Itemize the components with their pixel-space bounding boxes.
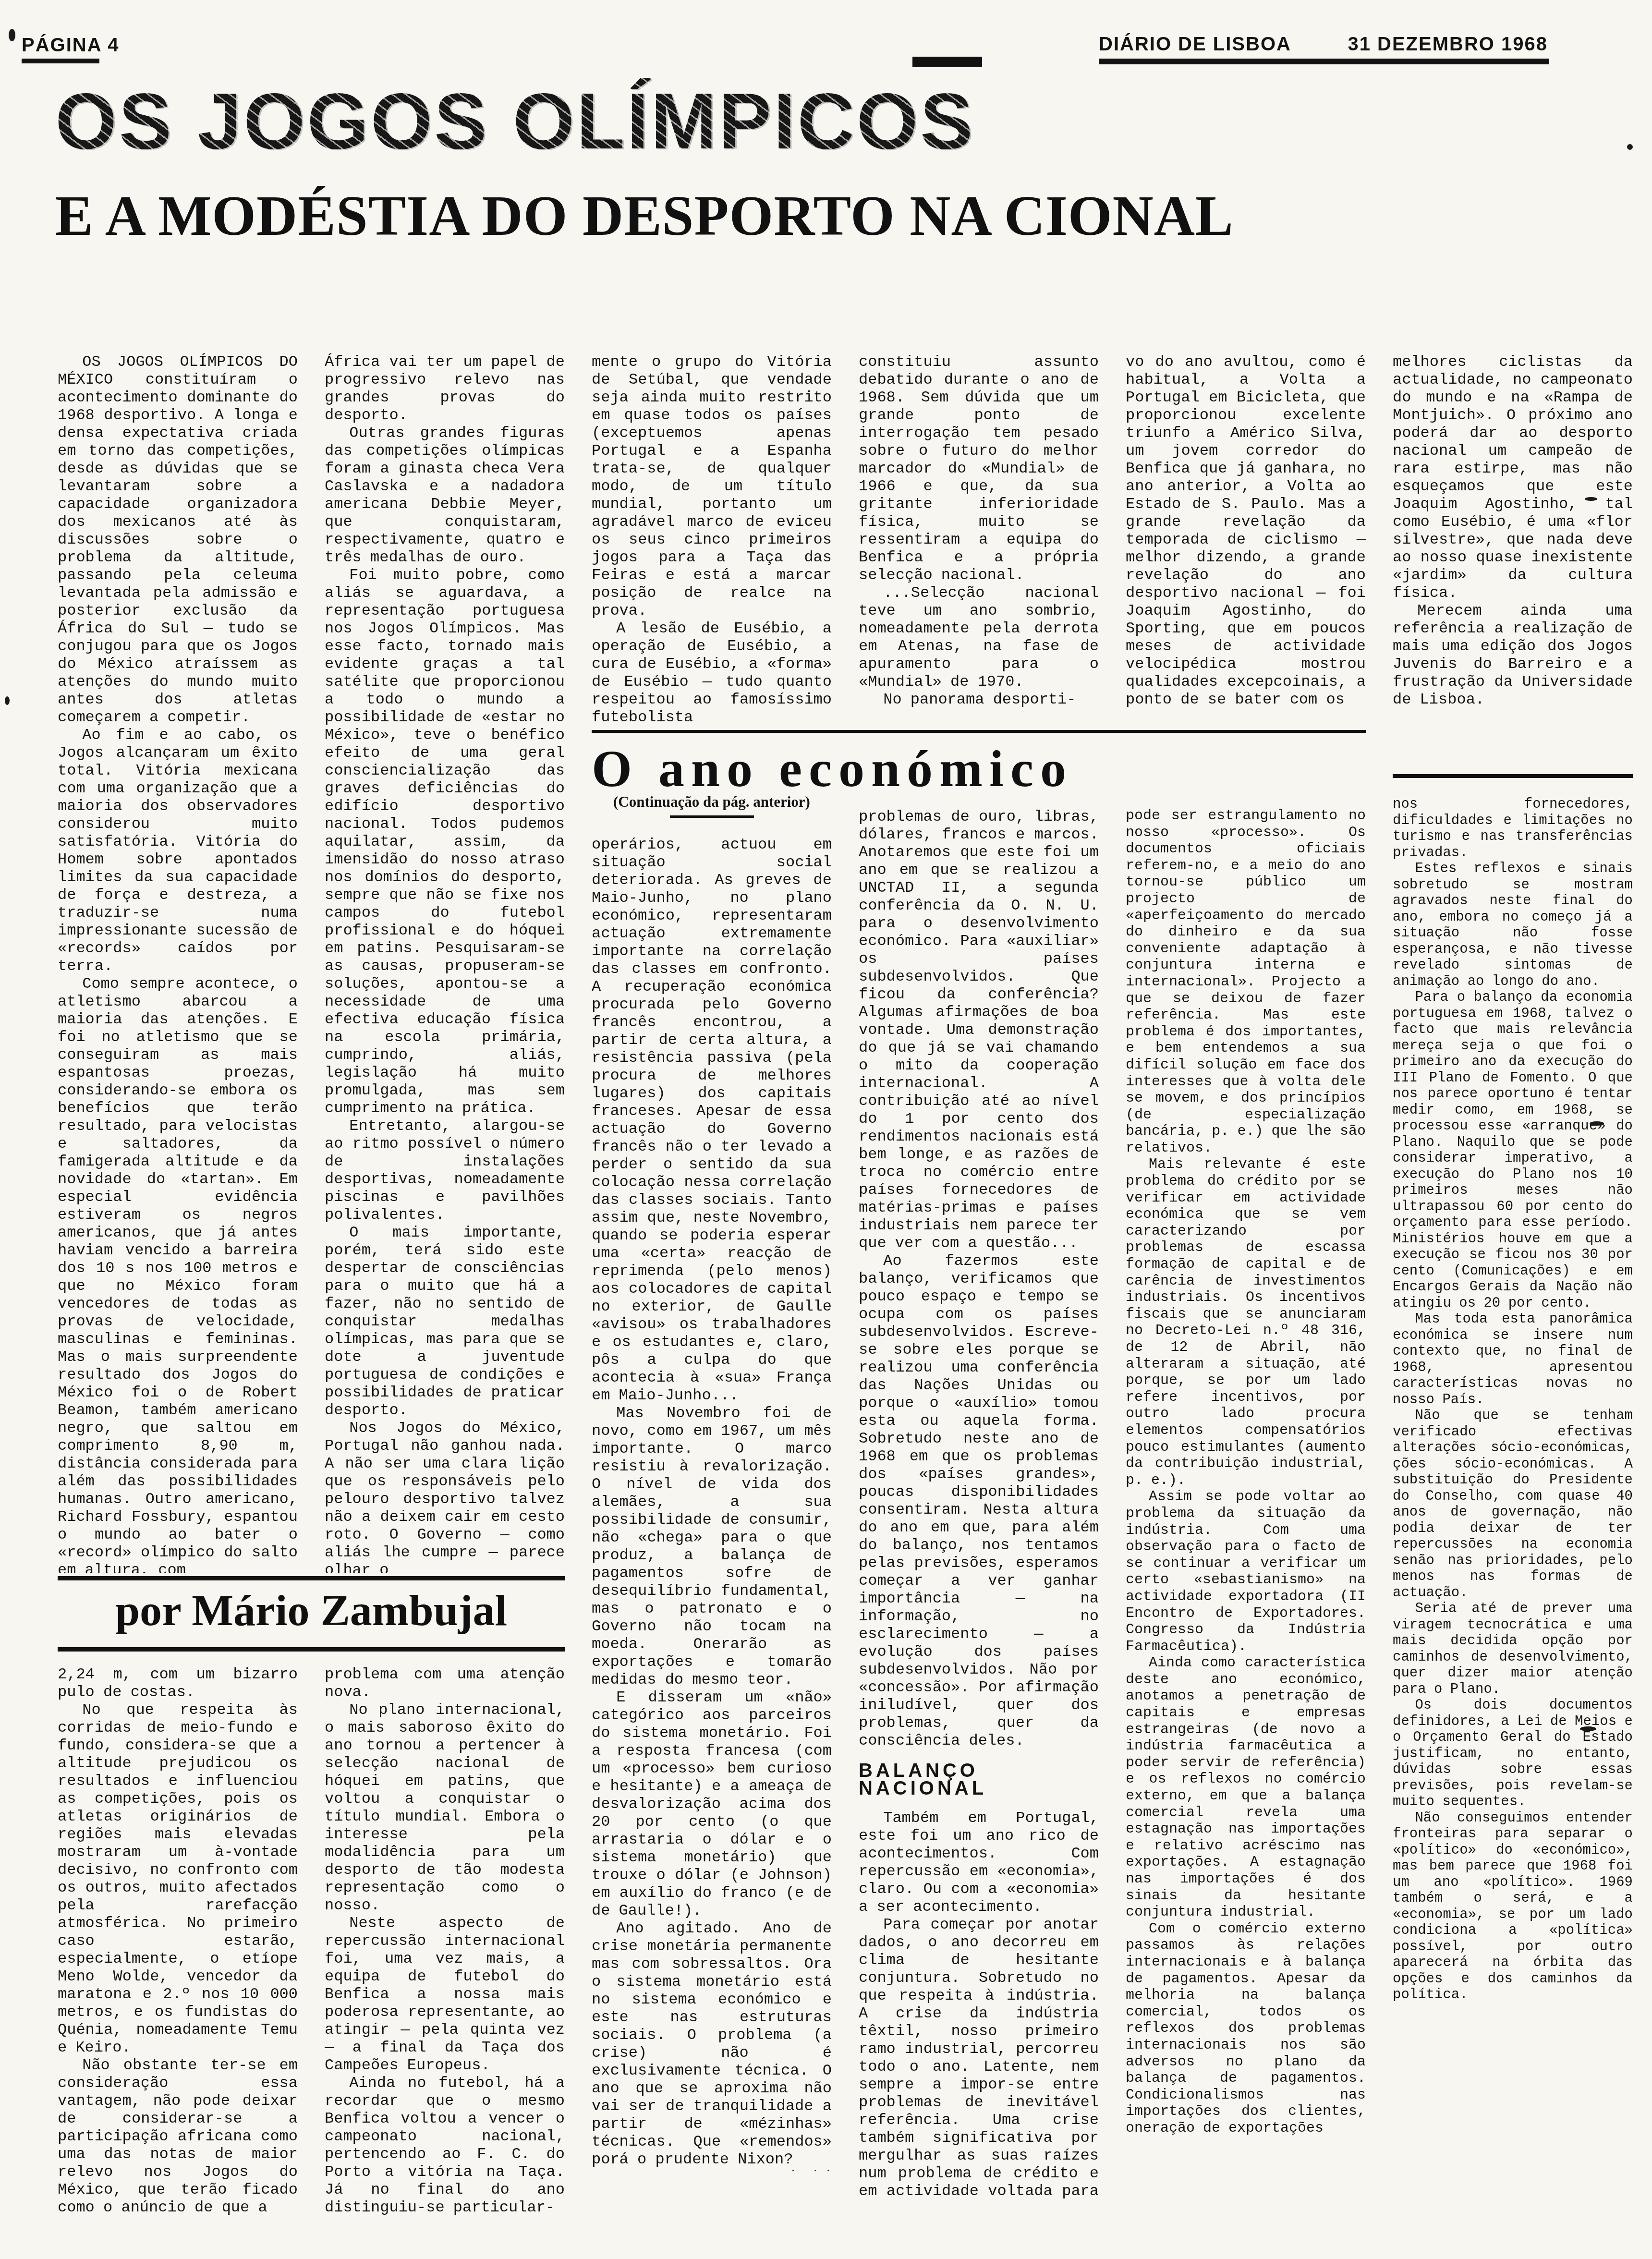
economy-column-4-part1: problemas de ouro, libras, dólares, fran… (859, 808, 1099, 1749)
article-column-1-bottom: 2,24 m, com um bizarro pulo de costas.No… (58, 1665, 298, 2237)
article-column-6-top: melhores ciclistas da actualidade, no ca… (1393, 353, 1633, 772)
paragraph: Outras grandes figuras das competições o… (325, 424, 565, 566)
article-column-2-bottom: problema com uma atenção nova.No plano i… (325, 1665, 565, 2237)
paragraph: melhores ciclistas da actualidade, no ca… (1393, 353, 1633, 602)
scan-speck (9, 29, 15, 41)
paragraph: Para começar por anotar dados, o ano dec… (859, 1916, 1099, 2200)
ink-smudge (912, 57, 982, 67)
page-label-underline (22, 59, 99, 63)
paragraph: Mas toda esta panorâmica económica se in… (1393, 1311, 1633, 1408)
continuation-note-underline (670, 815, 754, 818)
continuation-note-text: (Continuação da pág. anterior) (613, 793, 810, 810)
masthead-title: DIÁRIO DE LISBOA (1099, 34, 1291, 55)
article-column-1-top: OS JOGOS OLÍMPICOS DO MÉXICO constituíra… (58, 353, 298, 1573)
paragraph: Ano agitado. Ano de crise monetária perm… (592, 1919, 832, 2168)
byline: por Mário Zambujal (58, 1585, 565, 1636)
headline-main: OS JOGOS OLÍMPICOS (55, 76, 975, 167)
scan-speck (5, 696, 10, 705)
newspaper-page: PÁGINA 4 DIÁRIO DE LISBOA 31 DEZEMBRO 19… (0, 0, 1652, 2259)
paragraph: Mas Novembro foi de novo, como em 1967, … (592, 1404, 832, 1688)
paragraph: África vai ter um papel de progressivo r… (325, 353, 565, 424)
paragraph: Ao fazermos este balanço, verificamos qu… (859, 1252, 1099, 1749)
masthead-date: 31 DEZEMBRO 1968 (1348, 34, 1548, 55)
paragraph: 2,24 m, com um bizarro pulo de costas. (58, 1665, 298, 1701)
economy-column-4: problemas de ouro, libras, dólares, fran… (859, 808, 1099, 2200)
paragraph: No que respeita às corridas de meio-fund… (58, 1701, 298, 2056)
economy-column-4-part2: Também em Portugal, este foi um ano rico… (859, 1809, 1099, 2200)
paragraph: Foi muito pobre, como aliás se aguardava… (325, 566, 565, 1117)
continuation-note: (Continuação da pág. anterior) (592, 793, 832, 818)
paragraph: vo do ano avultou, como é habitual, a Vo… (1126, 353, 1366, 708)
paragraph: Os dois documentos definidores, a Lei de… (1393, 1697, 1633, 1810)
paragraph: Neste aspecto de repercussão internacion… (325, 1914, 565, 2074)
balanco-nacional-subhead: BALANÇO NACIONAL (859, 1762, 1099, 1797)
masthead-underline (1099, 59, 1549, 64)
paragraph: Não obstante ter-se em consideração essa… (58, 2056, 298, 2216)
paragraph: Mas parece que só há «países grandes». C… (592, 2168, 832, 2171)
economy-column-3: operários, actuou em situação social det… (592, 836, 832, 2171)
paragraph: Seria até de prever uma viragem tecnocrá… (1393, 1601, 1633, 1697)
paragraph: Mais relevante é este problema do crédit… (1126, 1156, 1366, 1489)
paragraph: O mais importante, porém, terá sido este… (325, 1224, 565, 1419)
scan-speck (1585, 497, 1597, 501)
paragraph: Assim se pode voltar ao problema da situ… (1126, 1489, 1366, 1655)
headline-sub: E A MODÉSTIA DO DESPORTO NA CIONAL (55, 183, 1234, 249)
paragraph: Ainda no futebol, há a recordar que o me… (325, 2074, 565, 2216)
byline-rule-top (58, 1576, 565, 1580)
paragraph: ...Selecção nacional teve um ano sombrio… (859, 584, 1099, 691)
economy-section-title: O ano económico (592, 740, 1073, 799)
scan-speck (1590, 1121, 1604, 1126)
paragraph: Como sempre acontece, o atletismo abarco… (58, 975, 298, 1573)
paragraph: Estes reflexos e sinais sobretudo se mos… (1393, 861, 1633, 989)
paragraph: Também em Portugal, este foi um ano rico… (859, 1809, 1099, 1916)
article-column-3-top: mente o grupo do Vitória de Setúbal, que… (592, 353, 832, 725)
economy-section-divider (592, 730, 1366, 733)
paragraph: mente o grupo do Vitória de Setúbal, que… (592, 353, 832, 619)
byline-rule-bottom (58, 1647, 565, 1652)
paragraph: Ainda como característica deste ano econ… (1126, 1655, 1366, 1921)
paragraph: pode ser estrangulamento no nosso «proce… (1126, 808, 1366, 1156)
paragraph: problema com uma atenção nova. (325, 1665, 565, 1701)
article-column-4-top: constituiu assunto debatido durante o an… (859, 353, 1099, 725)
paragraph: OS JOGOS OLÍMPICOS DO MÉXICO constituíra… (58, 353, 298, 726)
paragraph: constituiu assunto debatido durante o an… (859, 353, 1099, 584)
column-6-divider (1393, 774, 1633, 778)
paragraph: Ao fim e ao cabo, os Jogos alcançaram um… (58, 726, 298, 975)
paragraph: operários, actuou em situação social det… (592, 836, 832, 1404)
paragraph: Para o balanço da economia portuguesa em… (1393, 989, 1633, 1311)
economy-column-5: pode ser estrangulamento no nosso «proce… (1126, 808, 1366, 2172)
paragraph: E disseram um «não» categórico aos parce… (592, 1688, 832, 1919)
paragraph: Não que se tenham verificado efectivas a… (1393, 1408, 1633, 1601)
paragraph: Merecem ainda uma referência a realizaçã… (1393, 602, 1633, 708)
paragraph: No panorama desporti- (859, 691, 1099, 708)
scan-speck (1627, 144, 1633, 150)
economy-column-6: nos fornecedores, dificuldades e limitaç… (1393, 796, 1633, 2218)
paragraph: A lesão de Eusébio, a operação de Eusébi… (592, 619, 832, 725)
masthead: DIÁRIO DE LISBOA 31 DEZEMBRO 1968 (1099, 34, 1548, 55)
article-column-2-top: África vai ter um papel de progressivo r… (325, 353, 565, 1573)
scan-speck (1580, 1726, 1596, 1731)
paragraph: Não conseguimos entender fronteiras para… (1393, 1810, 1633, 2003)
article-column-5-top: vo do ano avultou, como é habitual, a Vo… (1126, 353, 1366, 725)
paragraph: nos fornecedores, dificuldades e limitaç… (1393, 796, 1633, 861)
page-label: PÁGINA 4 (22, 35, 119, 56)
paragraph: Nos Jogos do México, Portugal não ganhou… (325, 1419, 565, 1573)
paragraph: Entretanto, alargou-se ao ritmo possível… (325, 1117, 565, 1224)
paragraph: Com o comércio externo passamos às relaç… (1126, 1921, 1366, 2137)
paragraph: No plano internacional, o mais saboroso … (325, 1701, 565, 1914)
paragraph: problemas de ouro, libras, dólares, fran… (859, 808, 1099, 1252)
